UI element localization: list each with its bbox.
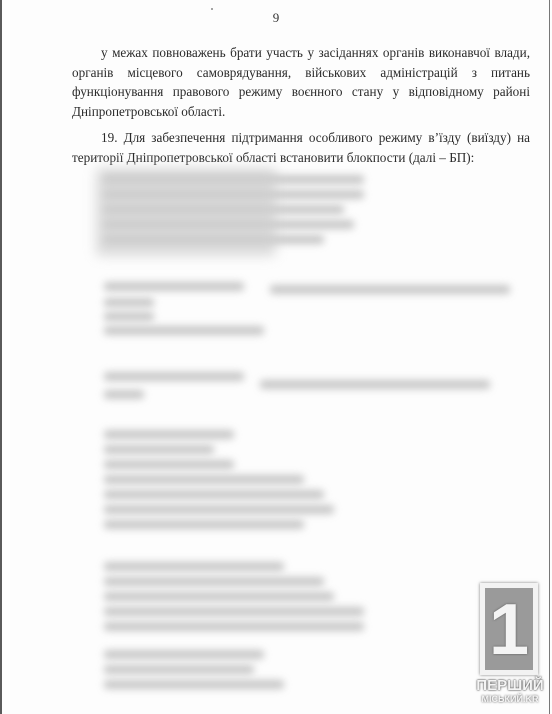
redacted-line [104, 520, 304, 529]
paragraph-line: у межах повноважень брати участь у засід… [72, 43, 530, 63]
redacted-line [104, 680, 284, 689]
redacted-line [104, 430, 234, 439]
redacted-line [270, 285, 510, 294]
redacted-line [104, 298, 154, 307]
redacted-line [104, 282, 244, 291]
redacted-line [104, 607, 364, 616]
logo-frame: 1 [480, 583, 538, 675]
scan-edge-right [549, 0, 550, 714]
redacted-line [104, 562, 284, 571]
redacted-line [260, 380, 490, 389]
paragraph-line: функціонування правового режиму воєнного… [72, 82, 530, 102]
paragraph-line: органів місцевого самоврядування, військ… [72, 63, 530, 83]
redacted-line [104, 326, 264, 335]
logo-text-primary: ПЕРШИЙ [474, 677, 546, 694]
redacted-line [104, 372, 244, 381]
redacted-line [104, 650, 264, 659]
redacted-line [104, 390, 144, 399]
paragraph-duties: у межах повноважень брати участь у засід… [72, 43, 530, 121]
redacted-line [104, 475, 304, 484]
redacted-line [104, 460, 234, 469]
redacted-line [104, 577, 324, 586]
redacted-line [104, 445, 214, 454]
paragraph-line: Дніпропетровської області. [72, 102, 530, 122]
redacted-line [104, 312, 154, 321]
paragraph-line: 19. Для забезпечення підтримання особлив… [72, 128, 530, 148]
redacted-line [104, 505, 334, 514]
redacted-line [104, 622, 364, 631]
logo-text-secondary: МІСЬКИЙ.KR [474, 694, 546, 704]
paragraph-checkpoints: 19. Для забезпечення підтримання особлив… [72, 128, 530, 167]
redacted-line [104, 592, 334, 601]
watermark-logo: 1 ПЕРШИЙ МІСЬКИЙ.KR [474, 583, 546, 707]
document-page: 9 у межах повноважень брати участь у зас… [0, 0, 552, 714]
page-number: 9 [0, 10, 552, 26]
paragraph-line: території Дніпропетровської області вста… [72, 148, 530, 168]
redacted-line [104, 490, 324, 499]
redacted-block [96, 168, 276, 256]
redacted-line [104, 665, 254, 674]
logo-numeral: 1 [485, 592, 533, 668]
scan-edge-left [0, 0, 2, 714]
